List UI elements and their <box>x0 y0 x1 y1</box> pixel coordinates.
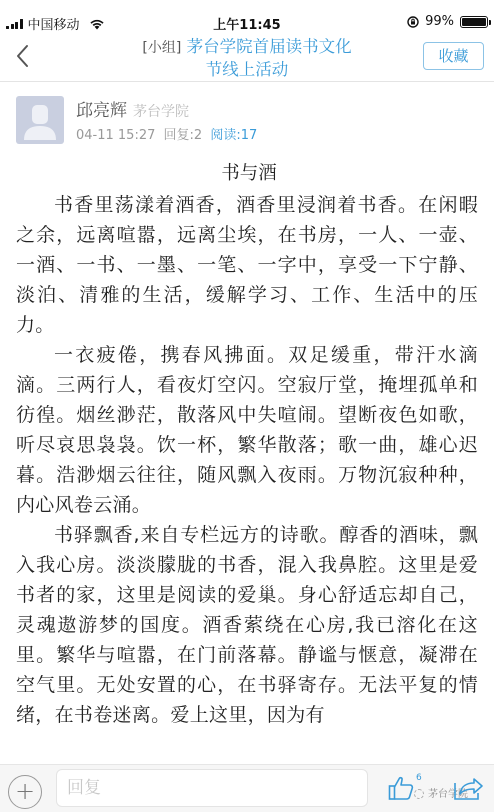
avatar[interactable] <box>16 96 64 144</box>
article-body: 书与酒 书香里荡漾着酒香，酒香里浸润着书香。在闲暇之余，远离喧嚣，远离尘埃，在书… <box>16 158 478 730</box>
author-block: 邱亮辉茅台学院 04-11 15:27 回复:2 阅读:17 <box>16 96 478 146</box>
author-name-row: 邱亮辉茅台学院 <box>76 96 189 121</box>
article-title: 书与酒 <box>20 158 478 190</box>
post-meta: 04-11 15:27 回复:2 阅读:17 <box>76 124 257 143</box>
page-title: [小组] 茅台学院首届读书文化 节线上活动 <box>90 36 404 81</box>
battery-percent: 99% <box>425 14 454 29</box>
paragraph: 一衣疲倦，携春风拂面。双足缓重，带汗水滴滴。三两行人，看夜灯空闪。空寂厅堂，掩埋… <box>16 340 478 520</box>
battery-icon <box>460 16 488 28</box>
back-button[interactable] <box>12 42 34 70</box>
paragraph: 书香里荡漾着酒香，酒香里浸润着书香。在闲暇之余，远离喧嚣，远离尘埃，在书房，一人… <box>16 190 478 340</box>
wechat-icon <box>414 789 424 799</box>
plus-circle-icon[interactable]: + <box>8 775 42 809</box>
title-line2: 节线上活动 <box>206 60 289 79</box>
bottom-bar: + 6 茅台学院 <box>0 764 494 812</box>
read-count: 阅读:17 <box>210 128 257 143</box>
status-bar: 中国移动 上午11:45 99% <box>0 0 494 32</box>
share-icon[interactable] <box>452 775 484 801</box>
reply-count: 回复:2 <box>164 128 203 143</box>
reply-input[interactable] <box>56 769 368 807</box>
author-name[interactable]: 邱亮辉 <box>76 101 127 121</box>
nav-header: [小组] 茅台学院首届读书文化 节线上活动 收藏 <box>0 32 494 82</box>
author-org: 茅台学院 <box>133 104 189 120</box>
title-line1: 茅台学院首届读书文化 <box>187 37 352 56</box>
group-tag: [小组] <box>142 40 181 56</box>
thumbs-up-icon[interactable] <box>388 775 416 801</box>
like-count: 6 <box>416 773 422 783</box>
paragraph: 书驿飘香,来自专栏远方的诗歌。醇香的酒味，飘入我心房。淡淡朦胧的书香，混入我鼻腔… <box>16 520 478 730</box>
favorite-button[interactable]: 收藏 <box>423 42 484 70</box>
rotation-lock-icon <box>407 16 419 28</box>
post-date: 04-11 15:27 <box>76 128 155 143</box>
status-right: 99% <box>407 14 488 29</box>
default-user-avatar-icon <box>16 96 64 144</box>
